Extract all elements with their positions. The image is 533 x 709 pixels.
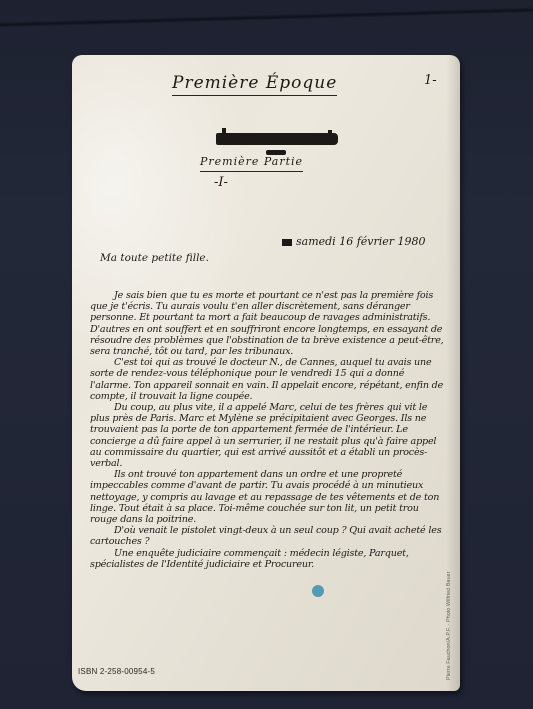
- paragraph: C'est toi qui as trouvé le docteur N., d…: [90, 357, 446, 402]
- paragraph: Du coup, au plus vite, il a appelé Marc,…: [90, 402, 446, 469]
- section-number: -I-: [214, 175, 228, 190]
- paragraph: Ils ont trouvé ton appartement dans un o…: [90, 469, 446, 525]
- manuscript-body: Je sais bien que tu es morte et pourtant…: [90, 290, 446, 570]
- blue-ink-stain: [312, 585, 324, 597]
- photo-credit: Pierre Fauchon/A.P.F. · Photo Wilfried B…: [446, 572, 452, 680]
- manuscript-title: Première Époque: [172, 73, 337, 96]
- greeting: Ma toute petite fille.: [100, 252, 209, 264]
- pistol-drawing-icon: [216, 133, 338, 145]
- isbn-label: ISBN 2-258-00954-5: [78, 667, 155, 676]
- paragraph: Je sais bien que tu es morte et pourtant…: [90, 290, 446, 357]
- page-number: 1-: [424, 73, 437, 88]
- ink-blot-icon: [282, 239, 292, 246]
- book-back-cover: Première Époque 1- Première Partie -I- s…: [72, 55, 460, 691]
- manuscript-date: samedi 16 février 1980: [282, 235, 426, 248]
- manuscript-subtitle: Première Partie: [200, 155, 303, 172]
- paragraph: Une enquête judiciaire commençait : méde…: [90, 548, 446, 570]
- date-text: samedi 16 février 1980: [296, 235, 426, 248]
- cloth-fold: [0, 7, 533, 28]
- paragraph: D'où venait le pistolet vingt-deux à un …: [90, 525, 446, 547]
